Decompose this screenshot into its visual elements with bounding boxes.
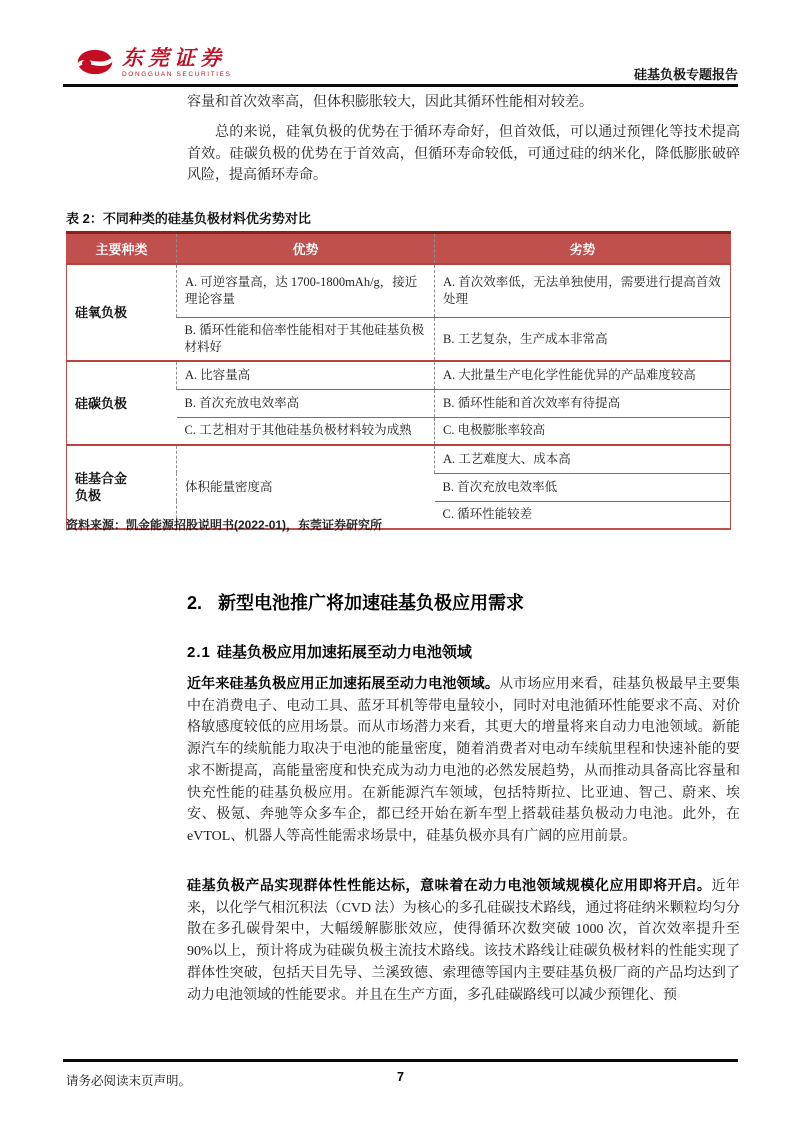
subsection-heading: 2.1硅基负极应用加速拓展至动力电池领域 [187, 641, 472, 662]
dis-cell: C. 循环性能较差 [435, 501, 731, 529]
table-row: 硅基合金 负极 体积能量密度高 A. 工艺难度大、成本高 [67, 445, 731, 473]
report-type-label: 硅基负极专题报告 [634, 64, 738, 83]
paragraph-body: 近年来，以化学气相沉积法（CVD 法）为核心的多孔硅碳技术路线，通过将硅纳米颗粒… [187, 879, 740, 1003]
paragraph-lead: 近年来硅基负极应用正加速拓展至动力电池领域。 [187, 677, 499, 692]
footer-divider [63, 1059, 738, 1062]
table-row: 硅氧负极 A. 可逆容量高，达 1700-1800mAh/g，接近理论容量 A.… [67, 264, 731, 318]
table-row: 硅碳负极 A. 比容量高 A. 大批量生产电化学性能优异的产品难度较高 [67, 361, 731, 389]
paragraph-continuation: 容量和首次效率高，但体积膨胀较大，因此其循环性能相对较差。 [187, 92, 740, 114]
paragraph-performance: 硅基负极产品实现群体性性能达标，意味着在动力电池领域规模化应用即将开启。近年来，… [187, 876, 740, 1006]
type-cell-siox: 硅氧负极 [67, 264, 177, 362]
table-title: 表 2：不同种类的硅基负极材料优劣势对比 [66, 208, 311, 227]
comparison-table: 主要种类 优势 劣势 硅氧负极 A. 可逆容量高，达 1700-1800mAh/… [66, 231, 731, 530]
table-source: 资料来源：凯金能源招股说明书(2022-01)，东莞证券研究所 [66, 516, 382, 533]
section-heading: 2.新型电池推广将加速硅基负极应用需求 [187, 589, 524, 615]
adv-cell: A. 比容量高 [177, 361, 435, 389]
paragraph-market-expansion: 近年来硅基负极应用正加速拓展至动力电池领域。从市场应用来看，硅基负极最早主要集中… [187, 674, 740, 848]
dis-cell: B. 工艺复杂，生产成本非常高 [435, 318, 731, 362]
adv-cell: B. 首次充放电效率高 [177, 389, 435, 417]
table-header-row: 主要种类 优势 劣势 [67, 233, 731, 264]
dis-cell: B. 循环性能和首次效率有待提高 [435, 389, 731, 417]
paragraph-body: 从市场应用来看，硅基负极最早主要集中在消费电子、电动工具、蓝牙耳机等带电量较小，… [187, 677, 740, 844]
adv-cell: A. 可逆容量高，达 1700-1800mAh/g，接近理论容量 [177, 264, 435, 318]
report-page: 东莞证券 DONGGUAN SECURITIES 硅基负极专题报告 容量和首次效… [0, 0, 794, 1123]
column-header-type: 主要种类 [67, 233, 177, 264]
section-title: 新型电池推广将加速硅基负极应用需求 [218, 593, 524, 613]
subsection-number: 2.1 [187, 644, 211, 661]
brand-name: 东莞证券 [122, 48, 232, 69]
adv-cell: C. 工艺相对于其他硅基负极材料较为成熟 [177, 417, 435, 445]
dongguan-securities-logo-icon [76, 48, 114, 76]
paragraph-lead: 硅基负极产品实现群体性性能达标，意味着在动力电池领域规模化应用即将开启。 [187, 879, 711, 894]
brand-subtitle: DONGGUAN SECURITIES [122, 72, 232, 79]
paragraph-summary: 总的来说，硅氧负极的优势在于循环寿命好，但首效低，可以通过预锂化等技术提高首效。… [187, 122, 740, 187]
dis-cell: C. 电极膨胀率较高 [435, 417, 731, 445]
adv-cell: B. 循环性能和倍率性能相对于其他硅基负极材料好 [177, 318, 435, 362]
brand-logo: 东莞证券 DONGGUAN SECURITIES [76, 48, 232, 79]
page-number: 7 [63, 1070, 738, 1084]
dis-cell: A. 首次效率低，无法单独使用，需要进行提高首效处理 [435, 264, 731, 318]
dis-cell: A. 大批量生产电化学性能优异的产品难度较高 [435, 361, 731, 389]
column-header-advantage: 优势 [177, 233, 435, 264]
dis-cell: A. 工艺难度大、成本高 [435, 445, 731, 473]
header-divider [63, 84, 738, 87]
section-number: 2. [187, 593, 202, 613]
type-cell-sic: 硅碳负极 [67, 361, 177, 445]
column-header-disadvantage: 劣势 [435, 233, 731, 264]
subsection-title: 硅基负极应用加速拓展至动力电池领域 [217, 644, 472, 661]
dis-cell: B. 首次充放电效率低 [435, 473, 731, 501]
